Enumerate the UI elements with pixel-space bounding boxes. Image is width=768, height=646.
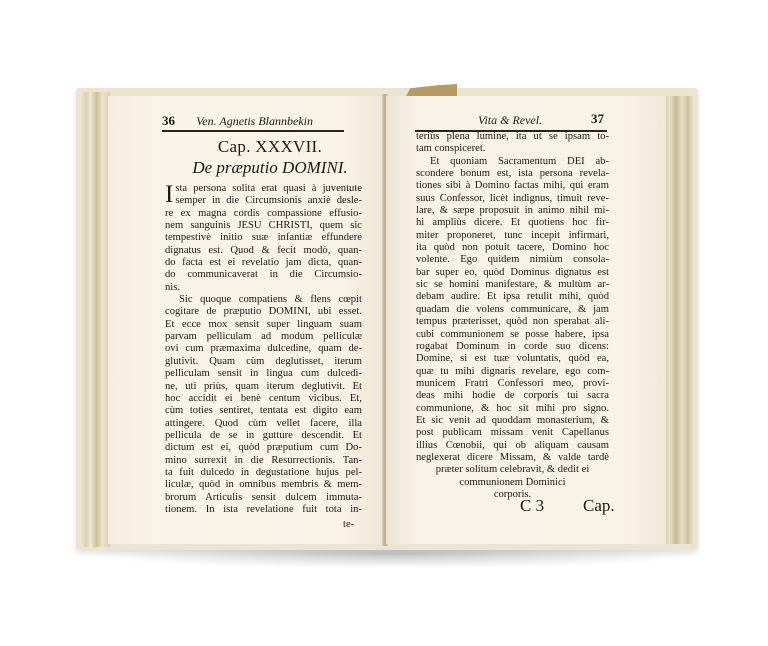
text-line: suus Confessor, licèt indignus, timuit r… xyxy=(416,193,609,205)
left-page-header: 36 Ven. Agnetis Blannbekin xyxy=(162,113,313,129)
text-line: cubi communionem se posse habere, ipsa xyxy=(416,329,609,341)
text-line: neglexerat dicere Missam, & valde tardè xyxy=(416,452,609,464)
text-line: rogabat Dominum in corde suo dicens: xyxy=(416,341,609,353)
text-line: hi ampliùs dicere. Et quotiens hoc fir- xyxy=(416,217,609,229)
text-line: municem Fratri Confessori meo, provi- xyxy=(416,378,609,390)
text-line: dictum est ei, quòd præputium cum Do- xyxy=(165,442,362,454)
right-running-head: Vita & Revel. xyxy=(478,113,542,127)
drop-cap: I xyxy=(165,184,173,206)
text-line: do communicaverat in die Circumsio- xyxy=(165,269,362,281)
text-line: quæ tu mihi dignaris revelare, ego com- xyxy=(416,366,609,378)
left-page-body: I sta persona solita erat quasi à juvent… xyxy=(165,183,362,516)
text-line: tempestivè initio suæ infantiæ effundere xyxy=(165,232,362,244)
text-line: illius Cœnobii, qui ob aliquam causam xyxy=(416,440,609,452)
text-line: hoc accidit ei benè centum vicibus. Et, xyxy=(165,393,362,405)
text-line: sta persona solita erat quasi à juventut… xyxy=(165,183,362,195)
left-running-head: Ven. Agnetis Blannbekin xyxy=(196,114,313,128)
text-line: do facta est ei revelatio jam dicta, qua… xyxy=(165,257,362,269)
chapter-title: Cap. XXXVII. xyxy=(160,137,380,157)
text-line: cùm toties sentiret, tentata est digito … xyxy=(165,405,362,417)
chapter-subtitle: De præputio DOMINI. xyxy=(160,158,380,178)
text-line: pelliculam sensit in lingua cum dulcedi- xyxy=(165,368,362,380)
text-line: ta fuit dulcedo in degustatione hujus pe… xyxy=(165,467,362,479)
text-line: nem sanguinis JESU CHRISTI, quem sic xyxy=(165,220,362,232)
text-line: tiones sibi à Domino factas mihi, qui er… xyxy=(416,180,609,192)
text-line: teriùs plena lumine, ita ut se ipsam to- xyxy=(416,131,609,143)
text-line: quadam die volens communicare, & jam xyxy=(416,304,609,316)
text-line: tionem. In ista revelatione fuit tota in… xyxy=(165,504,362,516)
right-folio-wrap: 37 xyxy=(591,111,604,127)
text-line: nis. xyxy=(165,282,362,294)
right-folio: 37 xyxy=(591,111,604,126)
text-line: debam audire. Et ipsa retulit mihi, quòd xyxy=(416,291,609,303)
text-line: volente. Ego quidem nimiùm consola- xyxy=(416,254,609,266)
text-line: mino surrexit in die Resurrectionis. Tan… xyxy=(165,455,362,467)
left-page-edges xyxy=(80,92,110,547)
right-page-body: teriùs plena lumine, ita ut se ipsam to-… xyxy=(416,131,609,501)
text-line: tam conspiceret. xyxy=(416,143,609,155)
text-line: Domine, si est tuæ voluntatis, quòd ea, xyxy=(416,353,609,365)
text-line: Et ecce mox sensit super linguam suam xyxy=(165,319,362,331)
text-line: communionem Dominici xyxy=(416,477,609,489)
right-page-edges xyxy=(664,96,694,544)
text-line: semper in die Circumsionis anxiè desle- xyxy=(165,195,362,207)
text-line: ne, uti priùs, quam iterum deglutivit. E… xyxy=(165,381,362,393)
text-line: bar super eo, quòd Dominus dignatus est xyxy=(416,267,609,279)
text-line: ovi cum præmaxima dulcedine, quam de- xyxy=(165,343,362,355)
text-line: post publicam missam venit Capellanus xyxy=(416,427,609,439)
left-catchword: te- xyxy=(343,519,354,530)
right-catchword: Cap. xyxy=(583,496,615,516)
text-line: Et quoniam Sacramentum DEI ab- xyxy=(416,156,609,168)
left-header-rule xyxy=(162,130,344,132)
text-line: sic se homini manifestare, & multùm ar- xyxy=(416,279,609,291)
text-line: lare, & sæpe proposuit in animo nihil mi… xyxy=(416,205,609,217)
right-page-header: Vita & Revel. xyxy=(478,112,542,128)
text-line: ita quòd non potuit tacere, Domino hoc xyxy=(416,242,609,254)
text-line: brorum Articulis sensit dulcem immuta- xyxy=(165,492,362,504)
text-line: præter solitum celebravit, & dedit ei xyxy=(416,464,609,476)
text-line: attingere. Quod cùm vellet facere, illa xyxy=(165,418,362,430)
text-line: tempus præterisset, quòd non sperabat al… xyxy=(416,316,609,328)
text-line: dignatus est. Quod & fecit modò, quan- xyxy=(165,245,362,257)
signature-mark: C 3 xyxy=(520,496,544,516)
text-line: parvam pelliculam ad modum pelliculæ xyxy=(165,331,362,343)
text-line: Sic quoque compatiens & flens cœpit xyxy=(165,294,362,306)
text-line: deas mihi hodie de corporis tui sacra xyxy=(416,390,609,402)
text-line: pellicula de se in gutture descendit. Et xyxy=(165,430,362,442)
text-line: re ex magna cordis compassione effusio- xyxy=(165,208,362,220)
text-line: corporis. xyxy=(416,489,609,501)
text-line: miter proponeret, tunc incepit infirmari… xyxy=(416,230,609,242)
left-folio: 36 xyxy=(162,113,175,128)
text-line: scondere bonum est, ista persona revela- xyxy=(416,168,609,180)
text-line: Et sic venit ad quoddam monasterium, & xyxy=(416,415,609,427)
text-line: cogitare de præputio DOMINI, ubi esset. xyxy=(165,306,362,318)
text-line: glutivit. Quam cùm deglutisset, iterum xyxy=(165,356,362,368)
text-line: communione, & hoc sit mihi pro signo. xyxy=(416,403,609,415)
text-line: liculæ, quòd in omnibus membris & mem- xyxy=(165,479,362,491)
